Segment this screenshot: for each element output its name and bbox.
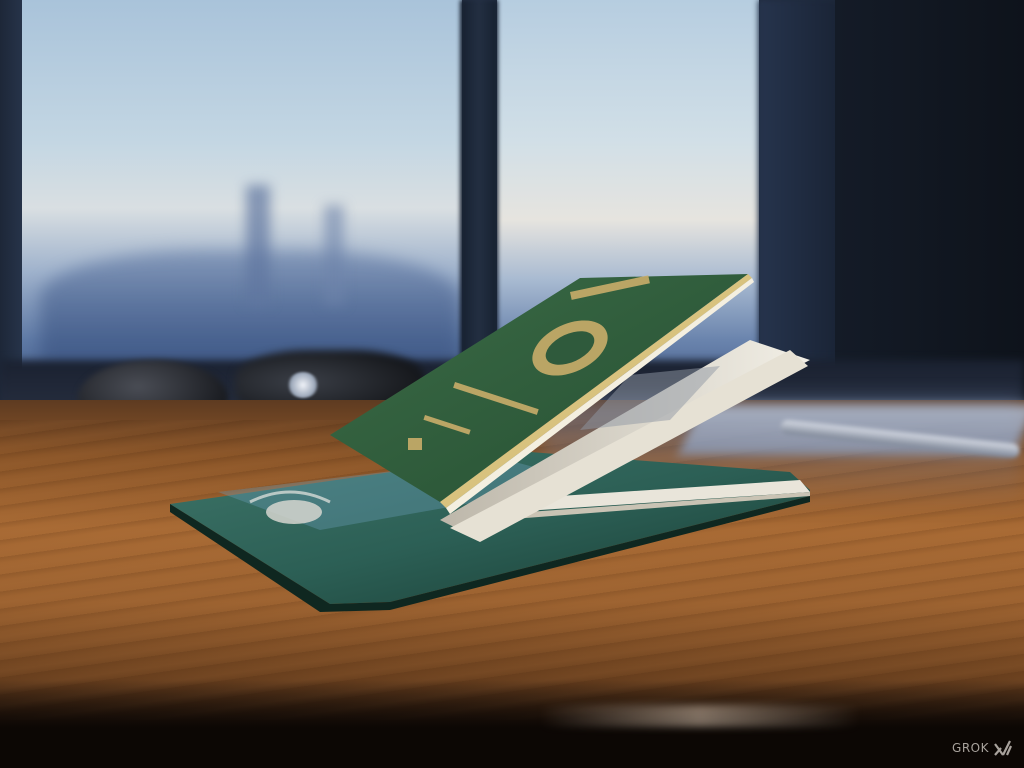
desk-edge-shadow (0, 680, 1024, 768)
passport-front-cover (330, 270, 820, 550)
light-reflection (287, 372, 319, 398)
dark-wall (835, 0, 1024, 420)
watermark: GROK (952, 740, 1012, 756)
grok-logo-icon (994, 740, 1012, 756)
photo-scene (0, 0, 1024, 768)
desk-edge-highlight (540, 705, 860, 727)
skyline-tower (246, 185, 270, 305)
watermark-text: GROK (952, 741, 989, 755)
